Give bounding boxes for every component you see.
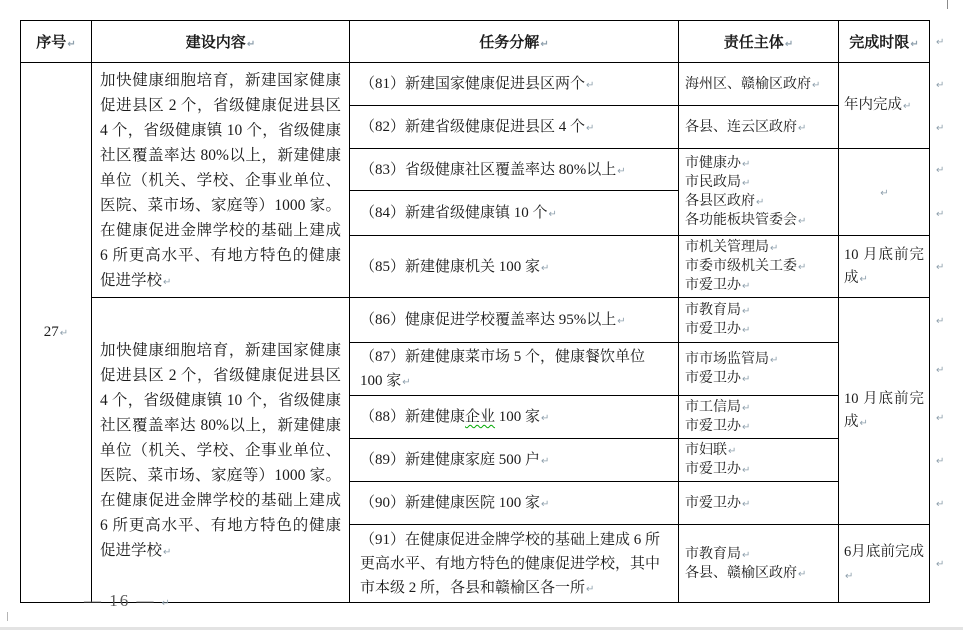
owner-line: 市爱卫办↵ bbox=[685, 369, 834, 388]
owner-cell-89: 市妇联↵ 市爱卫办↵ bbox=[679, 439, 839, 482]
row-end-mark-cell: ↵ bbox=[930, 236, 960, 298]
paragraph-mark: ↵ bbox=[770, 243, 778, 254]
paragraph-mark: ↵ bbox=[742, 178, 750, 189]
paragraph-mark: ↵ bbox=[742, 499, 750, 510]
owner-text: 市爱卫办 bbox=[685, 462, 741, 477]
spellcheck-squiggle-text: 企业 bbox=[465, 409, 495, 425]
task-cell-83: （83）省级健康社区覆盖率达 80%以上↵ bbox=[350, 149, 679, 191]
owner-line: 市爱卫办↵ bbox=[685, 320, 834, 339]
owner-text: 市爱卫办 bbox=[685, 278, 741, 293]
deadline-cell-86-90: 10 月底前完成↵ bbox=[839, 298, 930, 525]
paragraph-mark: ↵ bbox=[586, 123, 594, 134]
col-header-owner: 责任主体↵ bbox=[679, 21, 839, 63]
owner-line: 市市场监管局↵ bbox=[685, 350, 834, 369]
owner-text: 市教育局 bbox=[685, 547, 741, 562]
task-text: （83）省级健康社区覆盖率达 80%以上 bbox=[360, 162, 616, 178]
owner-line: 各县、赣榆区政府↵ bbox=[685, 564, 834, 583]
paragraph-mark: ↵ bbox=[541, 456, 549, 467]
task-text: （90）新建健康医院 100 家 bbox=[360, 495, 540, 511]
row-end-mark-cell: ↵ bbox=[930, 482, 960, 525]
deadline-cell-83-84: ↵ bbox=[839, 149, 930, 236]
task-text: 100 家 bbox=[495, 409, 540, 425]
end-of-row-mark: ↵ bbox=[936, 499, 944, 510]
row-end-mark-cell: ↵ bbox=[930, 106, 960, 149]
paragraph-mark: ↵ bbox=[845, 571, 853, 582]
paragraph-mark: ↵ bbox=[798, 216, 806, 227]
owner-line: 各县区政府↵ bbox=[685, 192, 834, 211]
owner-text: 各功能板块管委会 bbox=[685, 213, 797, 228]
task-text: （89）新建健康家庭 500 户 bbox=[360, 452, 540, 468]
task-cell-89: （89）新建健康家庭 500 户↵ bbox=[350, 439, 679, 482]
end-of-row-mark: ↵ bbox=[936, 365, 944, 376]
owner-text: 市健康办 bbox=[685, 156, 741, 171]
end-of-row-mark: ↵ bbox=[936, 80, 944, 91]
deadline-text: 10 月底前完成 bbox=[844, 247, 924, 286]
paragraph-mark: ↵ bbox=[541, 499, 549, 510]
owner-text: 市爱卫办 bbox=[685, 322, 741, 337]
owner-text: 市工信局 bbox=[685, 400, 741, 415]
task-table: 序号↵ 建设内容↵ 任务分解↵ 责任主体↵ 完成时限↵ ↵ 27↵ 加快健康细胞… bbox=[20, 20, 960, 603]
end-of-row-mark: ↵ bbox=[936, 37, 944, 48]
paragraph-mark: ↵ bbox=[541, 413, 549, 424]
owner-text: 各县、连云区政府 bbox=[685, 120, 797, 135]
paragraph-mark: ↵ bbox=[402, 377, 410, 388]
end-of-row-mark: ↵ bbox=[936, 316, 944, 327]
paragraph-mark: ↵ bbox=[860, 418, 868, 429]
owner-cell-85: 市机关管理局↵ 市委市级机关工委↵ 市爱卫办↵ bbox=[679, 236, 839, 298]
paragraph-mark: ↵ bbox=[742, 465, 750, 476]
task-text: （81）新建国家健康促进县区两个 bbox=[360, 76, 585, 92]
col-header-deadline: 完成时限↵ bbox=[839, 21, 930, 63]
row-end-mark-cell: ↵ bbox=[930, 396, 960, 439]
paragraph-mark: ↵ bbox=[163, 547, 171, 558]
header-row: 序号↵ 建设内容↵ 任务分解↵ 责任主体↵ 完成时限↵ ↵ bbox=[21, 21, 960, 63]
header-label: 责任主体 bbox=[724, 35, 784, 51]
paragraph-mark: ↵ bbox=[756, 197, 764, 208]
row-end-mark-cell: ↵ bbox=[930, 343, 960, 396]
construction-content-cell-b: 加快健康细胞培育，新建国家健康促进县区 2 个，省级健康促进县区 4 个，省级健… bbox=[92, 298, 350, 603]
owner-text: 各县、赣榆区政府 bbox=[685, 566, 797, 581]
serial-number-cell: 27↵ bbox=[21, 63, 92, 603]
task-cell-88: （88）新建健康企业 100 家↵ bbox=[350, 396, 679, 439]
header-label: 建设内容 bbox=[186, 35, 246, 51]
owner-line: 海州区、赣榆区政府↵ bbox=[685, 75, 834, 94]
paragraph-mark: ↵ bbox=[549, 209, 557, 220]
row-end-mark-cell: ↵ bbox=[930, 21, 960, 63]
owner-text: 市机关管理局 bbox=[685, 240, 769, 255]
paragraph-mark: ↵ bbox=[742, 550, 750, 561]
end-of-row-mark: ↵ bbox=[936, 413, 944, 424]
paragraph-mark: ↵ bbox=[910, 39, 918, 50]
deadline-text: 6月底前完成 bbox=[844, 544, 924, 560]
task-cell-82: （82）新建省级健康促进县区 4 个↵ bbox=[350, 106, 679, 149]
row-end-mark-cell: ↵ bbox=[930, 191, 960, 236]
paragraph-mark: ↵ bbox=[540, 39, 548, 50]
paragraph-mark: ↵ bbox=[742, 422, 750, 433]
end-of-row-mark: ↵ bbox=[936, 209, 944, 220]
task-cell-84: （84）新建省级健康镇 10 个↵ bbox=[350, 191, 679, 236]
paragraph-mark: ↵ bbox=[586, 584, 594, 595]
paragraph-mark: ↵ bbox=[742, 374, 750, 385]
deadline-cell-85: 10 月底前完成↵ bbox=[839, 236, 930, 298]
end-of-row-mark: ↵ bbox=[936, 456, 944, 467]
end-of-row-mark: ↵ bbox=[936, 165, 944, 176]
paragraph-mark: ↵ bbox=[860, 274, 868, 285]
col-header-task: 任务分解↵ bbox=[350, 21, 679, 63]
owner-cell-86: 市教育局↵ 市爱卫办↵ bbox=[679, 298, 839, 343]
task-cell-86: （86）健康促进学校覆盖率达 95%以上↵ bbox=[350, 298, 679, 343]
table-row: 加快健康细胞培育，新建国家健康促进县区 2 个，省级健康促进县区 4 个，省级健… bbox=[21, 298, 960, 343]
paragraph-mark: ↵ bbox=[617, 166, 625, 177]
owner-cell-91: 市教育局↵ 各县、赣榆区政府↵ bbox=[679, 525, 839, 603]
row-end-mark-cell: ↵ bbox=[930, 439, 960, 482]
owner-line: 市健康办↵ bbox=[685, 154, 834, 173]
cursor-mark-bottom bbox=[7, 612, 8, 621]
row-end-mark-cell: ↵ bbox=[930, 149, 960, 191]
owner-cell-88: 市工信局↵ 市爱卫办↵ bbox=[679, 396, 839, 439]
task-cell-81: （81）新建国家健康促进县区两个↵ bbox=[350, 63, 679, 106]
owner-text: 市爱卫办 bbox=[685, 419, 741, 434]
owner-line: 市工信局↵ bbox=[685, 398, 834, 417]
cursor-mark-top bbox=[947, 0, 948, 9]
owner-line: 市爱卫办↵ bbox=[685, 417, 834, 436]
paragraph-mark: ↵ bbox=[728, 446, 736, 457]
task-cell-87: （87）新建健康菜市场 5 个，健康餐饮单位 100 家↵ bbox=[350, 343, 679, 396]
owner-text: 市妇联 bbox=[685, 443, 727, 458]
paragraph-mark: ↵ bbox=[880, 188, 888, 199]
page-number: — 16 —↵ bbox=[84, 591, 172, 611]
paragraph-mark: ↵ bbox=[541, 263, 549, 274]
construction-content-text: 加快健康细胞培育，新建国家健康促进县区 2 个，省级健康促进县区 4 个，省级健… bbox=[100, 72, 341, 289]
paragraph-mark: ↵ bbox=[798, 123, 806, 134]
page-number-text: — 16 — bbox=[84, 591, 156, 610]
owner-text: 市委市级机关工委 bbox=[685, 259, 797, 274]
owner-line: 各功能板块管委会↵ bbox=[685, 211, 834, 230]
deadline-text: 10 月底前完成 bbox=[844, 391, 924, 430]
paragraph-mark: ↵ bbox=[742, 403, 750, 414]
task-text: （82）新建省级健康促进县区 4 个 bbox=[360, 119, 585, 135]
owner-line: 市爱卫办↵ bbox=[685, 276, 834, 295]
deadline-cell-81-82: 年内完成↵ bbox=[839, 63, 930, 149]
paragraph-mark: ↵ bbox=[812, 80, 820, 91]
table-row: 27↵ 加快健康细胞培育，新建国家健康促进县区 2 个，省级健康促进县区 4 个… bbox=[21, 63, 960, 106]
end-of-row-mark: ↵ bbox=[936, 123, 944, 134]
owner-text: 市市场监管局 bbox=[685, 352, 769, 367]
owner-text: 各县区政府 bbox=[685, 194, 755, 209]
header-label: 完成时限 bbox=[849, 35, 909, 51]
paragraph-mark: ↵ bbox=[60, 328, 68, 339]
col-header-serial: 序号↵ bbox=[21, 21, 92, 63]
owner-line: 市民政局↵ bbox=[685, 173, 834, 192]
task-cell-85: （85）新建健康机关 100 家↵ bbox=[350, 236, 679, 298]
owner-cell-83-84: 市健康办↵ 市民政局↵ 各县区政府↵ 各功能板块管委会↵ bbox=[679, 149, 839, 236]
owner-text: 市爱卫办 bbox=[685, 496, 741, 511]
task-text: （85）新建健康机关 100 家 bbox=[360, 259, 540, 275]
paragraph-mark: ↵ bbox=[742, 159, 750, 170]
deadline-cell-91: 6月底前完成↵ bbox=[839, 525, 930, 603]
owner-line: 市爱卫办↵ bbox=[685, 460, 834, 479]
owner-cell-90: 市爱卫办↵ bbox=[679, 482, 839, 525]
paragraph-mark: ↵ bbox=[742, 281, 750, 292]
owner-line: 市爱卫办↵ bbox=[685, 494, 834, 513]
task-text: （86）健康促进学校覆盖率达 95%以上 bbox=[360, 312, 616, 328]
owner-text: 海州区、赣榆区政府 bbox=[685, 77, 811, 92]
owner-text: 市教育局 bbox=[685, 303, 741, 318]
paragraph-mark: ↵ bbox=[742, 325, 750, 336]
owner-text: 市爱卫办 bbox=[685, 371, 741, 386]
paragraph-mark: ↵ bbox=[617, 316, 625, 327]
task-text: （88）新建健康 bbox=[360, 409, 465, 425]
paragraph-mark: ↵ bbox=[742, 306, 750, 317]
row-end-mark-cell: ↵ bbox=[930, 298, 960, 343]
paragraph-mark: ↵ bbox=[162, 598, 172, 609]
paragraph-mark: ↵ bbox=[798, 569, 806, 580]
task-text: （84）新建省级健康镇 10 个 bbox=[360, 205, 548, 221]
header-label: 任务分解 bbox=[479, 35, 539, 51]
paragraph-mark: ↵ bbox=[903, 101, 911, 112]
paragraph-mark: ↵ bbox=[798, 262, 806, 273]
col-header-content: 建设内容↵ bbox=[92, 21, 350, 63]
owner-cell-87: 市市场监管局↵ 市爱卫办↵ bbox=[679, 343, 839, 396]
serial-number: 27 bbox=[44, 324, 59, 340]
owner-line: 各县、连云区政府↵ bbox=[685, 118, 834, 137]
document-page: 序号↵ 建设内容↵ 任务分解↵ 责任主体↵ 完成时限↵ ↵ 27↵ 加快健康细胞… bbox=[0, 0, 963, 630]
row-end-mark-cell: ↵ bbox=[930, 525, 960, 603]
paragraph-mark: ↵ bbox=[770, 355, 778, 366]
paragraph-mark: ↵ bbox=[163, 277, 171, 288]
paragraph-mark: ↵ bbox=[247, 39, 255, 50]
task-text: （91）在健康促进金牌学校的基础上建成 6 所更高水平、有地方特色的健康促进学校… bbox=[360, 532, 660, 596]
task-cell-90: （90）新建健康医院 100 家↵ bbox=[350, 482, 679, 525]
header-label: 序号 bbox=[36, 35, 66, 51]
owner-line: 市委市级机关工委↵ bbox=[685, 257, 834, 276]
paragraph-mark: ↵ bbox=[67, 39, 75, 50]
row-end-mark-cell: ↵ bbox=[930, 63, 960, 106]
owner-line: 市机关管理局↵ bbox=[685, 238, 834, 257]
owner-line: 市教育局↵ bbox=[685, 301, 834, 320]
paragraph-mark: ↵ bbox=[586, 80, 594, 91]
deadline-text: 年内完成 bbox=[844, 97, 902, 113]
paragraph-mark: ↵ bbox=[785, 39, 793, 50]
construction-content-cell-a: 加快健康细胞培育，新建国家健康促进县区 2 个，省级健康促进县区 4 个，省级健… bbox=[92, 63, 350, 298]
owner-cell-82: 各县、连云区政府↵ bbox=[679, 106, 839, 149]
owner-line: 市妇联↵ bbox=[685, 441, 834, 460]
owner-text: 市民政局 bbox=[685, 175, 741, 190]
construction-content-text: 加快健康细胞培育，新建国家健康促进县区 2 个，省级健康促进县区 4 个，省级健… bbox=[100, 342, 341, 559]
task-cell-91: （91）在健康促进金牌学校的基础上建成 6 所更高水平、有地方特色的健康促进学校… bbox=[350, 525, 679, 603]
owner-cell-81: 海州区、赣榆区政府↵ bbox=[679, 63, 839, 106]
end-of-row-mark: ↵ bbox=[936, 262, 944, 273]
end-of-row-mark: ↵ bbox=[936, 559, 944, 570]
owner-line: 市教育局↵ bbox=[685, 545, 834, 564]
